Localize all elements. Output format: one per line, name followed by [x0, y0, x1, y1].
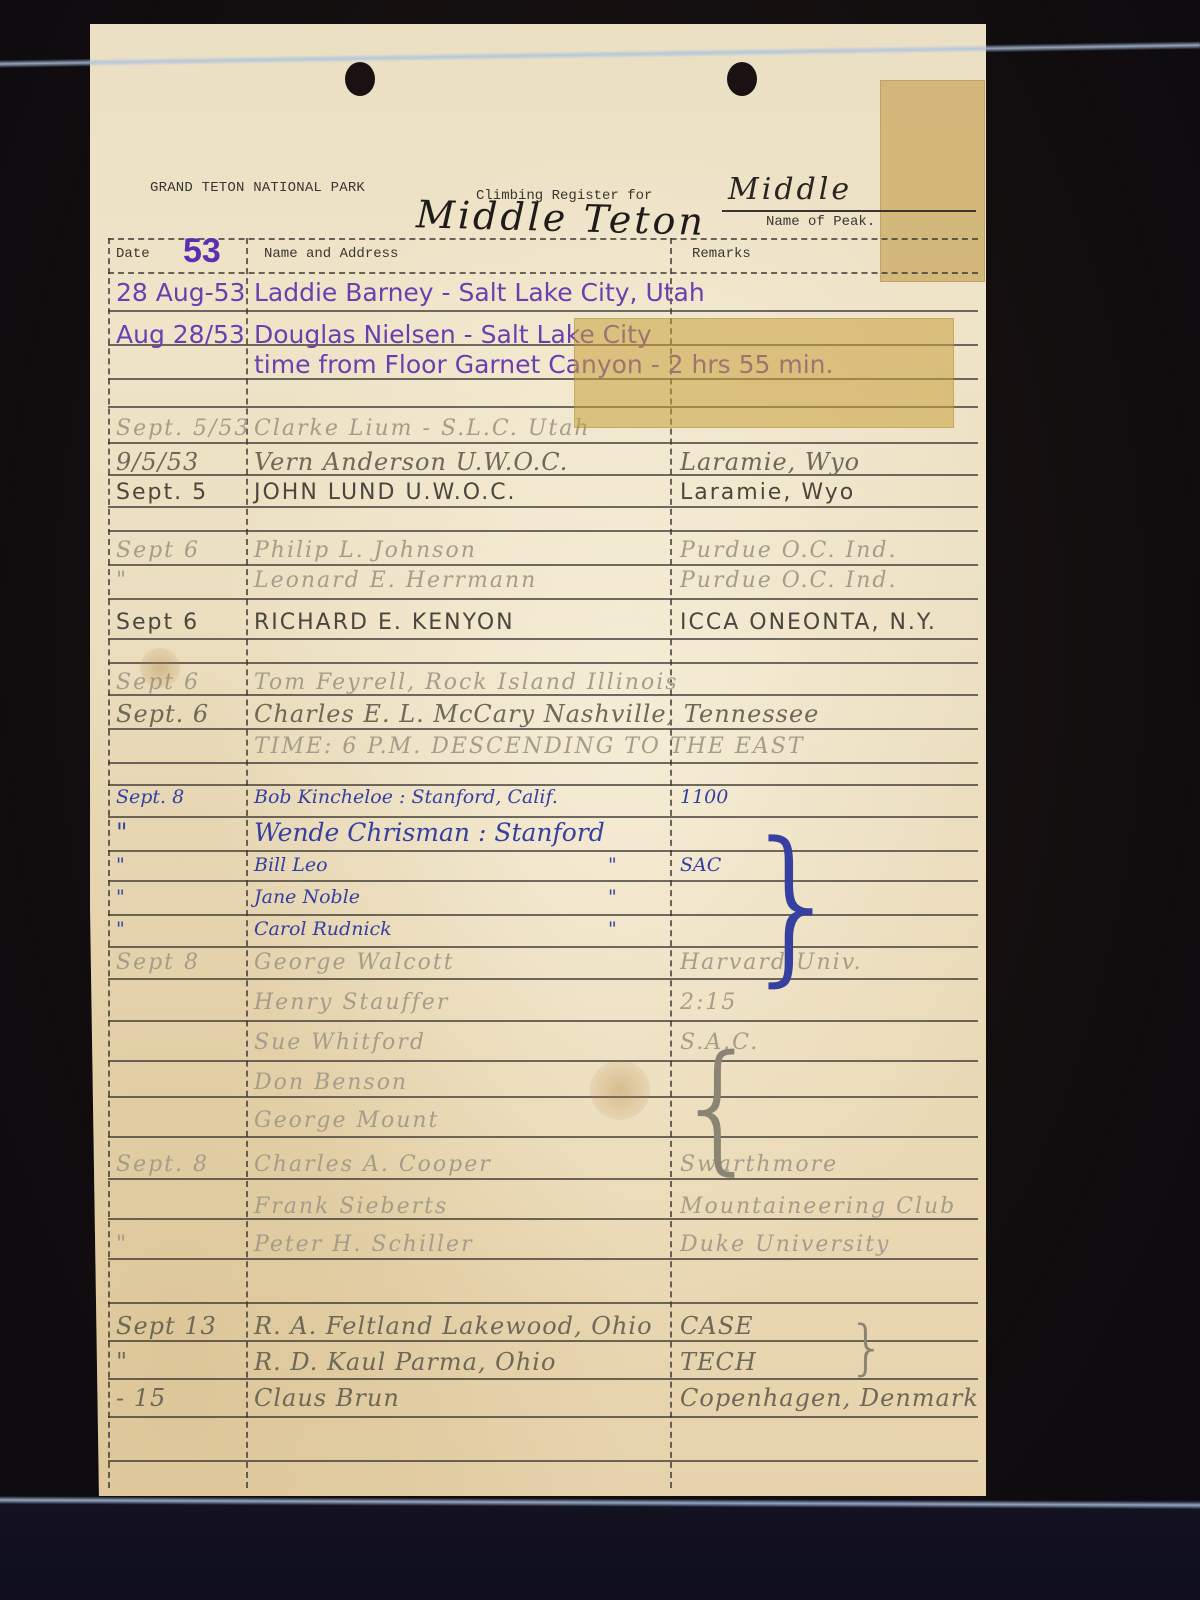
entry-name-address: RICHARD E. KENYON: [254, 610, 515, 635]
row-rule: [108, 1416, 978, 1418]
peak-name-underline: [722, 210, 976, 212]
entry-remarks: Copenhagen, Denmark: [680, 1384, 979, 1412]
row-rule: [108, 728, 978, 730]
brace-case-tech: }: [848, 1318, 886, 1378]
entry-remarks: SAC: [680, 854, 721, 876]
header-rule: [108, 272, 978, 274]
entry-date: 9/5/53: [116, 448, 240, 476]
row-rule: [108, 442, 978, 444]
entry-name-address: Vern Anderson U.W.O.C.: [254, 448, 568, 476]
column-header-date: Date: [116, 246, 150, 262]
entry-date: ": [116, 568, 240, 593]
entry-name-address: George Walcott: [254, 950, 455, 975]
entry-remarks: 1100: [680, 786, 728, 808]
row-rule: [108, 1060, 978, 1062]
entry-ditto-mark: ": [608, 854, 617, 876]
row-rule: [108, 1258, 978, 1260]
entry-ditto-mark: ": [608, 886, 617, 908]
background-bottom: [0, 1500, 1200, 1600]
row-rule: [108, 1178, 978, 1180]
row-rule: [108, 978, 978, 980]
row-rule: [108, 638, 978, 640]
entry-name-address: Charles E. L. McCary Nashville, Tennesse…: [254, 700, 819, 728]
entry-name-address: Bill Leo: [254, 854, 328, 876]
entry-remarks: Mountaineering Club: [680, 1194, 956, 1219]
row-rule: [108, 762, 978, 764]
entry-remarks: ICCA ONEONTA, N.Y.: [680, 610, 937, 635]
entry-date: Sept. 8: [116, 1152, 240, 1177]
table-left-border: [108, 238, 110, 1488]
column-header-remarks: Remarks: [692, 246, 751, 262]
entry-name-address: Peter H. Schiller: [254, 1232, 474, 1257]
entry-name-address: Leonard E. Herrmann: [254, 568, 537, 593]
register-year: 53: [183, 232, 221, 271]
punch-hole-left: [345, 62, 375, 96]
entry-name-address: Bob Kincheloe : Stanford, Calif.: [254, 786, 558, 808]
entry-name-address: Claus Brun: [254, 1384, 400, 1412]
row-rule: [108, 946, 978, 948]
entry-remarks: Laramie, Wyo: [680, 480, 855, 505]
row-rule: [108, 1136, 978, 1138]
entry-name-address: JOHN LUND U.W.O.C.: [254, 480, 517, 505]
entry-name-address: Don Benson: [254, 1070, 408, 1095]
brace-sac-group: }: [740, 820, 847, 988]
entry-date: ": [116, 1232, 240, 1257]
paper-stain: [140, 648, 180, 688]
row-rule: [108, 1302, 978, 1304]
entry-date: ": [116, 918, 240, 940]
entry-remarks: Purdue O.C. Ind.: [680, 568, 897, 593]
tape-piece-middle: [574, 318, 954, 428]
entry-date: Sept. 8: [116, 786, 240, 808]
row-rule: [108, 1020, 978, 1022]
row-rule: [108, 598, 978, 600]
peak-name-handwritten: Middle Teton: [415, 192, 706, 244]
park-name: GRAND TETON NATIONAL PARK: [150, 180, 365, 196]
entry-remarks: TECH: [680, 1348, 757, 1376]
brace-sac-group-2: {: [674, 1038, 763, 1178]
entry-name-address: Sue Whitford: [254, 1030, 426, 1055]
entry-name-address: R. D. Kaul Parma, Ohio: [254, 1348, 556, 1376]
table-top-rule: [108, 238, 978, 240]
entry-name-address: Clarke Lium - S.L.C. Utah: [254, 416, 591, 441]
column-header-name: Name and Address: [264, 246, 398, 262]
entry-name-address: R. A. Feltland Lakewood, Ohio: [254, 1312, 653, 1340]
row-rule: [108, 564, 978, 566]
entry-date: Sept. 6: [116, 700, 240, 728]
entry-ditto-mark: ": [608, 918, 617, 940]
row-rule: [108, 506, 978, 508]
entry-date: Sept 8: [116, 950, 240, 975]
row-rule: [108, 850, 978, 852]
entry-name-address: Henry Stauffer: [254, 990, 449, 1015]
entry-name-address: Philip L. Johnson: [254, 538, 477, 563]
entry-remarks: CASE: [680, 1312, 754, 1340]
row-rule: [108, 310, 978, 312]
entry-date: Sept 6: [116, 538, 240, 563]
peak-name-caption: Name of Peak.: [766, 214, 875, 230]
row-rule: [108, 880, 978, 882]
row-rule: [108, 914, 978, 916]
entry-name-address: TIME: 6 P.M. DESCENDING TO THE EAST: [254, 734, 805, 759]
peak-name-inline: Middle: [728, 172, 852, 207]
entry-date: ": [116, 1348, 240, 1376]
entry-name-address: Charles A. Cooper: [254, 1152, 492, 1177]
entry-date: Sept 6: [116, 610, 240, 635]
entry-date: Sept. 5: [116, 480, 240, 505]
entry-date: Sept. 5/53: [116, 416, 240, 441]
row-rule: [108, 1460, 978, 1462]
punch-hole-right: [727, 62, 757, 96]
entry-name-address: Frank Sieberts: [254, 1194, 448, 1219]
entry-date: Aug 28/53: [116, 320, 240, 349]
entry-date: ": [116, 854, 240, 876]
entry-name-address: Laddie Barney - Salt Lake City, Utah: [254, 278, 705, 307]
row-rule: [108, 1096, 978, 1098]
entry-date: ": [116, 818, 240, 847]
row-rule: [108, 530, 978, 532]
entry-remarks: Laramie, Wyo: [680, 448, 860, 476]
entry-date: Sept 13: [116, 1312, 240, 1340]
entry-remarks: Purdue O.C. Ind.: [680, 538, 897, 563]
entry-name-address: Jane Noble: [254, 886, 360, 908]
entry-remarks: 2:15: [680, 990, 737, 1015]
entry-name-address: Tom Feyrell, Rock Island Illinois: [254, 670, 679, 695]
entry-name-address: George Mount: [254, 1108, 439, 1133]
entry-name-address: Wende Chrisman : Stanford: [254, 818, 605, 847]
paper-stain: [590, 1060, 650, 1120]
entry-date: ": [116, 886, 240, 908]
entry-name-address: Carol Rudnick: [254, 918, 392, 940]
entry-date: - 15: [116, 1384, 240, 1412]
entry-date: 28 Aug-53: [116, 278, 240, 307]
entry-remarks: Duke University: [680, 1232, 890, 1257]
row-rule: [108, 662, 978, 664]
